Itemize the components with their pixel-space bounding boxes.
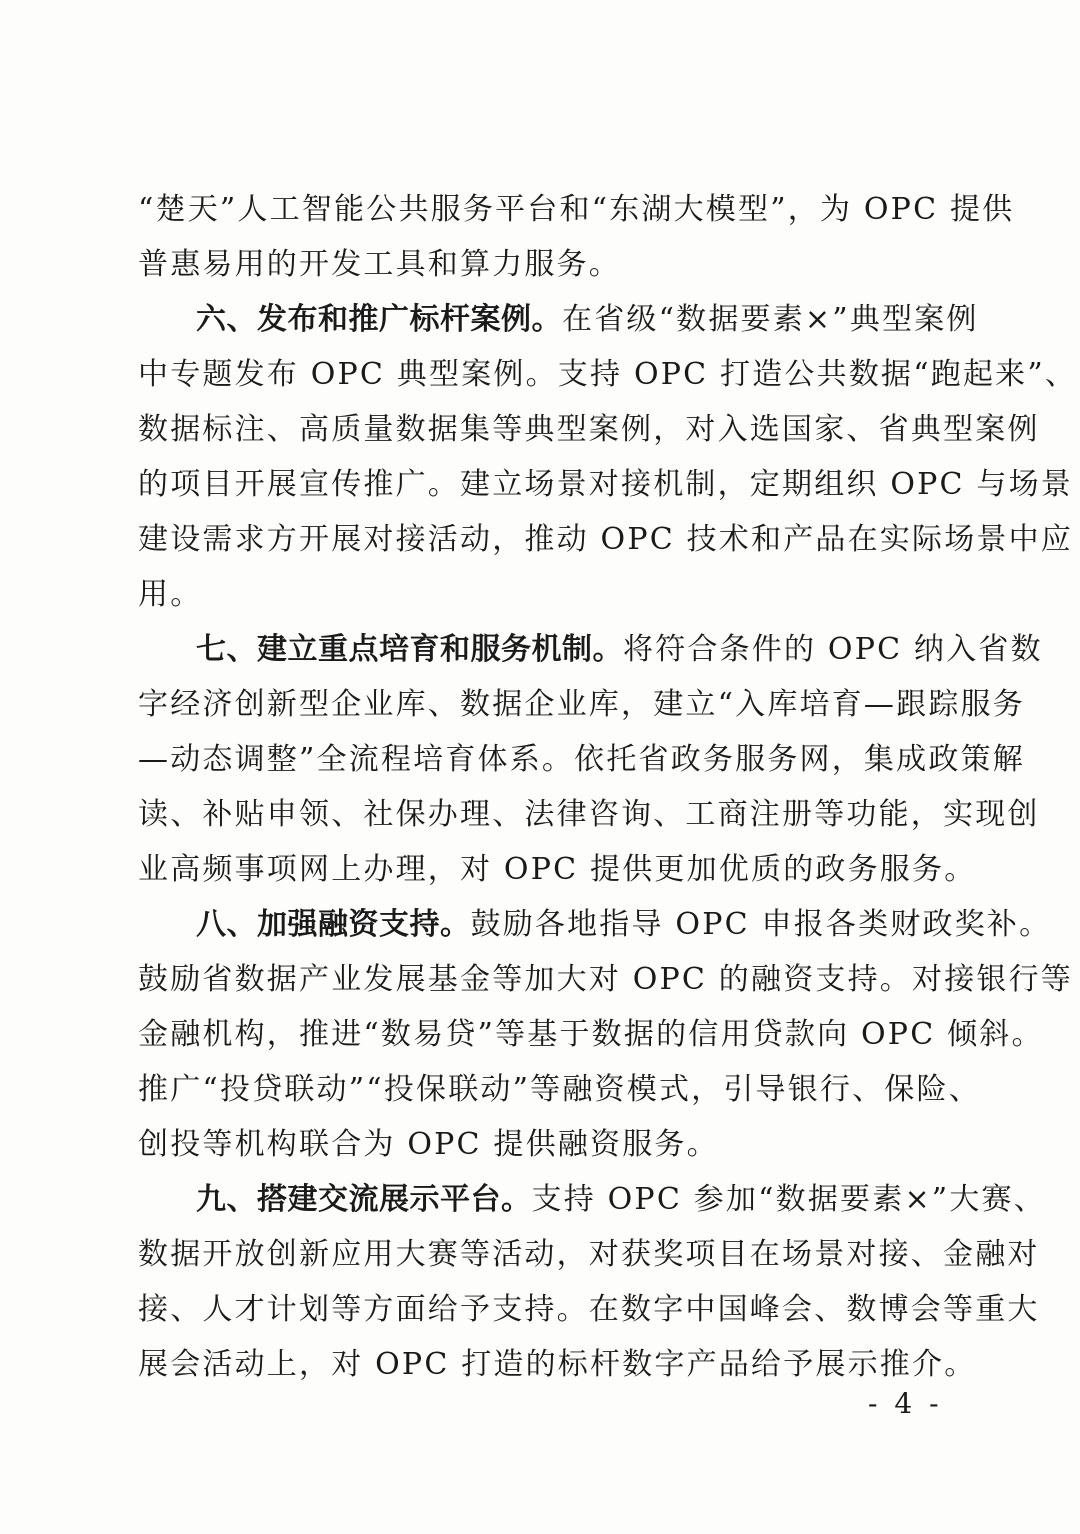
document-page: “楚天”人工智能公共服务平台和“东湖大模型”，为 OPC 提供 普惠易用的开发工… (0, 0, 1080, 1534)
section-6-line: 中专题发布 OPC 典型案例。支持 OPC 打造公共数据“跑起来”、 (138, 355, 938, 395)
section-8-line: 金融机构，推进“数易贷”等基于数据的信用贷款向 OPC 倾斜。 (138, 1015, 938, 1055)
section-9-first-line: 九、搭建交流展示平台。支持 OPC 参加“数据要素×”大赛、 (196, 1180, 938, 1220)
intro-line-2: 普惠易用的开发工具和算力服务。 (138, 245, 938, 285)
section-6-heading: 六、发布和推广标杆案例。 (196, 302, 562, 337)
section-6-first-line: 六、发布和推广标杆案例。在省级“数据要素×”典型案例 (196, 300, 938, 340)
section-6-line: 的项目开展宣传推广。建立场景对接机制，定期组织 OPC 与场景 (138, 465, 938, 505)
section-7-first-line: 七、建立重点培育和服务机制。将符合条件的 OPC 纳入省数 (196, 630, 938, 670)
section-6-line: 数据标注、高质量数据集等典型案例，对入选国家、省典型案例 (138, 410, 938, 450)
section-8-text: 鼓励各地指导 OPC 申报各类财政奖补。 (471, 907, 1052, 942)
section-6-line: 用。 (138, 575, 938, 615)
section-7-heading: 七、建立重点培育和服务机制。 (196, 632, 623, 667)
section-9-text: 支持 OPC 参加“数据要素×”大赛、 (532, 1182, 1046, 1217)
section-6-line: 建设需求方开展对接活动，推动 OPC 技术和产品在实际场景中应 (138, 520, 938, 560)
section-7-line: 读、补贴申领、社保办理、法律咨询、工商注册等功能，实现创 (138, 795, 938, 835)
page-number: - 4 - (868, 1386, 943, 1422)
section-7-line: 业高频事项网上办理，对 OPC 提供更加优质的政务服务。 (138, 850, 938, 890)
section-7-text: 将符合条件的 OPC 纳入省数 (623, 632, 1043, 667)
section-8-first-line: 八、加强融资支持。鼓励各地指导 OPC 申报各类财政奖补。 (196, 905, 938, 945)
section-9-line: 数据开放创新应用大赛等活动，对获奖项目在场景对接、金融对 (138, 1235, 938, 1275)
section-9-heading: 九、搭建交流展示平台。 (196, 1182, 532, 1217)
intro-line-1: “楚天”人工智能公共服务平台和“东湖大模型”，为 OPC 提供 (138, 190, 938, 230)
section-9-line: 展会活动上，对 OPC 打造的标杆数字产品给予展示推介。 (138, 1345, 938, 1385)
section-8-line: 创投等机构联合为 OPC 提供融资服务。 (138, 1125, 938, 1165)
section-8-heading: 八、加强融资支持。 (196, 907, 471, 942)
section-8-line: 推广“投贷联动”“投保联动”等融资模式，引导银行、保险、 (138, 1070, 938, 1110)
section-7-line: —动态调整”全流程培育体系。依托省政务服务网，集成政策解 (138, 740, 938, 780)
section-6-text: 在省级“数据要素×”典型案例 (562, 302, 979, 337)
section-9-line: 接、人才计划等方面给予支持。在数字中国峰会、数博会等重大 (138, 1290, 938, 1330)
section-7-line: 字经济创新型企业库、数据企业库，建立“入库培育—跟踪服务 (138, 685, 938, 725)
section-8-line: 鼓励省数据产业发展基金等加大对 OPC 的融资支持。对接银行等 (138, 960, 938, 1000)
